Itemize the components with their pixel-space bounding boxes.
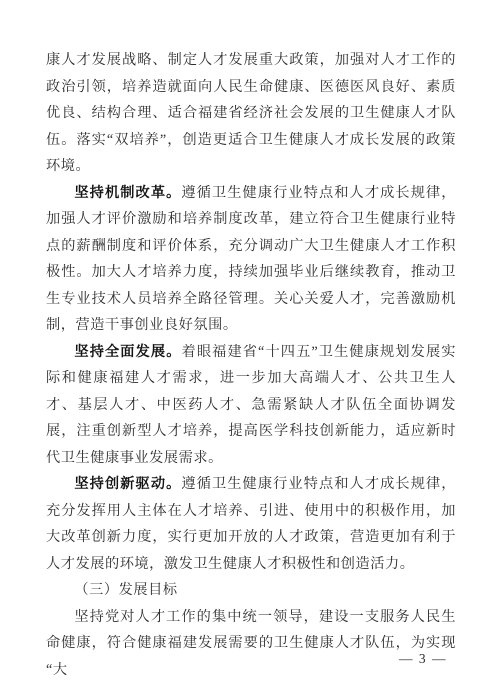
paragraph-lead: 坚持机制改革。 <box>74 185 181 201</box>
paragraph-comprehensive-development: 坚持全面发展。着眼福建省“十四五”卫生健康规划发展实际和健康福建人才需求，进一步… <box>46 339 456 472</box>
paragraph-continuation: 康人才发展战略、制定人才发展重大政策，加强对人才工作的政治引领，培养造就面向人民… <box>46 47 456 180</box>
paragraph-lead: 坚持全面发展。 <box>74 344 181 360</box>
paragraph-text: 康人才发展战略、制定人才发展重大政策，加强对人才工作的政治引领，培养造就面向人民… <box>46 52 456 174</box>
paragraph-text: 坚持党对人才工作的集中统一领导，建设一支服务人民生命健康，符合健康福建发展需要的… <box>46 609 456 678</box>
paragraph-text: 遵循卫生健康行业特点和人才成长规律，加强人才评价激励和培养制度改革，建立符合卫生… <box>46 185 456 334</box>
paragraph-innovation-driven: 坚持创新驱动。遵循卫生健康行业特点和人才成长规律，充分发挥用人主体在人才培养、引… <box>46 471 456 577</box>
page-number: — 3 — <box>399 651 447 667</box>
paragraph-mechanism-reform: 坚持机制改革。遵循卫生健康行业特点和人才成长规律，加强人才评价激励和培养制度改革… <box>46 180 456 339</box>
paragraph-development-goals-body: 坚持党对人才工作的集中统一领导，建设一支服务人民生命健康，符合健康福建发展需要的… <box>46 604 456 684</box>
paragraph-text: 着眼福建省“十四五”卫生健康规划发展实际和健康福建人才需求，进一步加大高端人才、… <box>46 344 456 466</box>
section-heading-text: （三）发展目标 <box>74 582 177 598</box>
section-heading-development-goals: （三）发展目标 <box>46 577 456 604</box>
document-page: 康人才发展战略、制定人才发展重大政策，加强对人才工作的政治引领，培养造就面向人民… <box>0 0 499 695</box>
paragraph-lead: 坚持创新驱动。 <box>74 476 181 492</box>
document-text-body: 康人才发展战略、制定人才发展重大政策，加强对人才工作的政治引领，培养造就面向人民… <box>46 47 456 683</box>
